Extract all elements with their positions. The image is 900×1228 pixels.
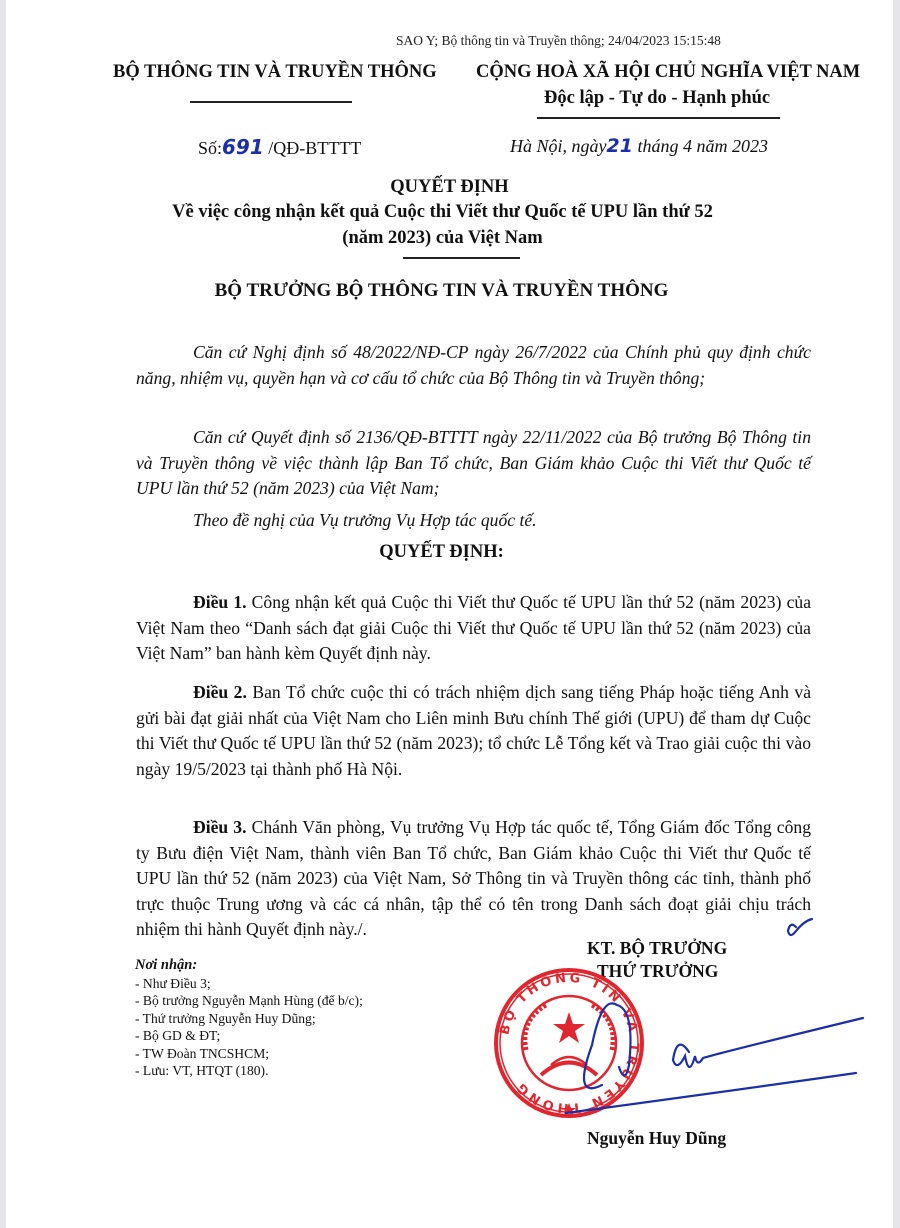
signer-name: Nguyễn Huy Dũng [587,1128,726,1149]
document-page: SAO Y; Bộ thông tin và Truyền thông; 24/… [6,0,893,1228]
seal-ring-text: BỘ THÔNG TIN VÀ TRUYỀN THÔNG [497,971,641,1116]
red-seal-icon [496,970,642,1116]
svg-text:BỘ THÔNG TIN VÀ TRUYỀN THÔNG: BỘ THÔNG TIN VÀ TRUYỀN THÔNG [497,971,641,1116]
seal-and-signature: BỘ THÔNG TIN VÀ TRUYỀN THÔNG [6,0,893,1228]
